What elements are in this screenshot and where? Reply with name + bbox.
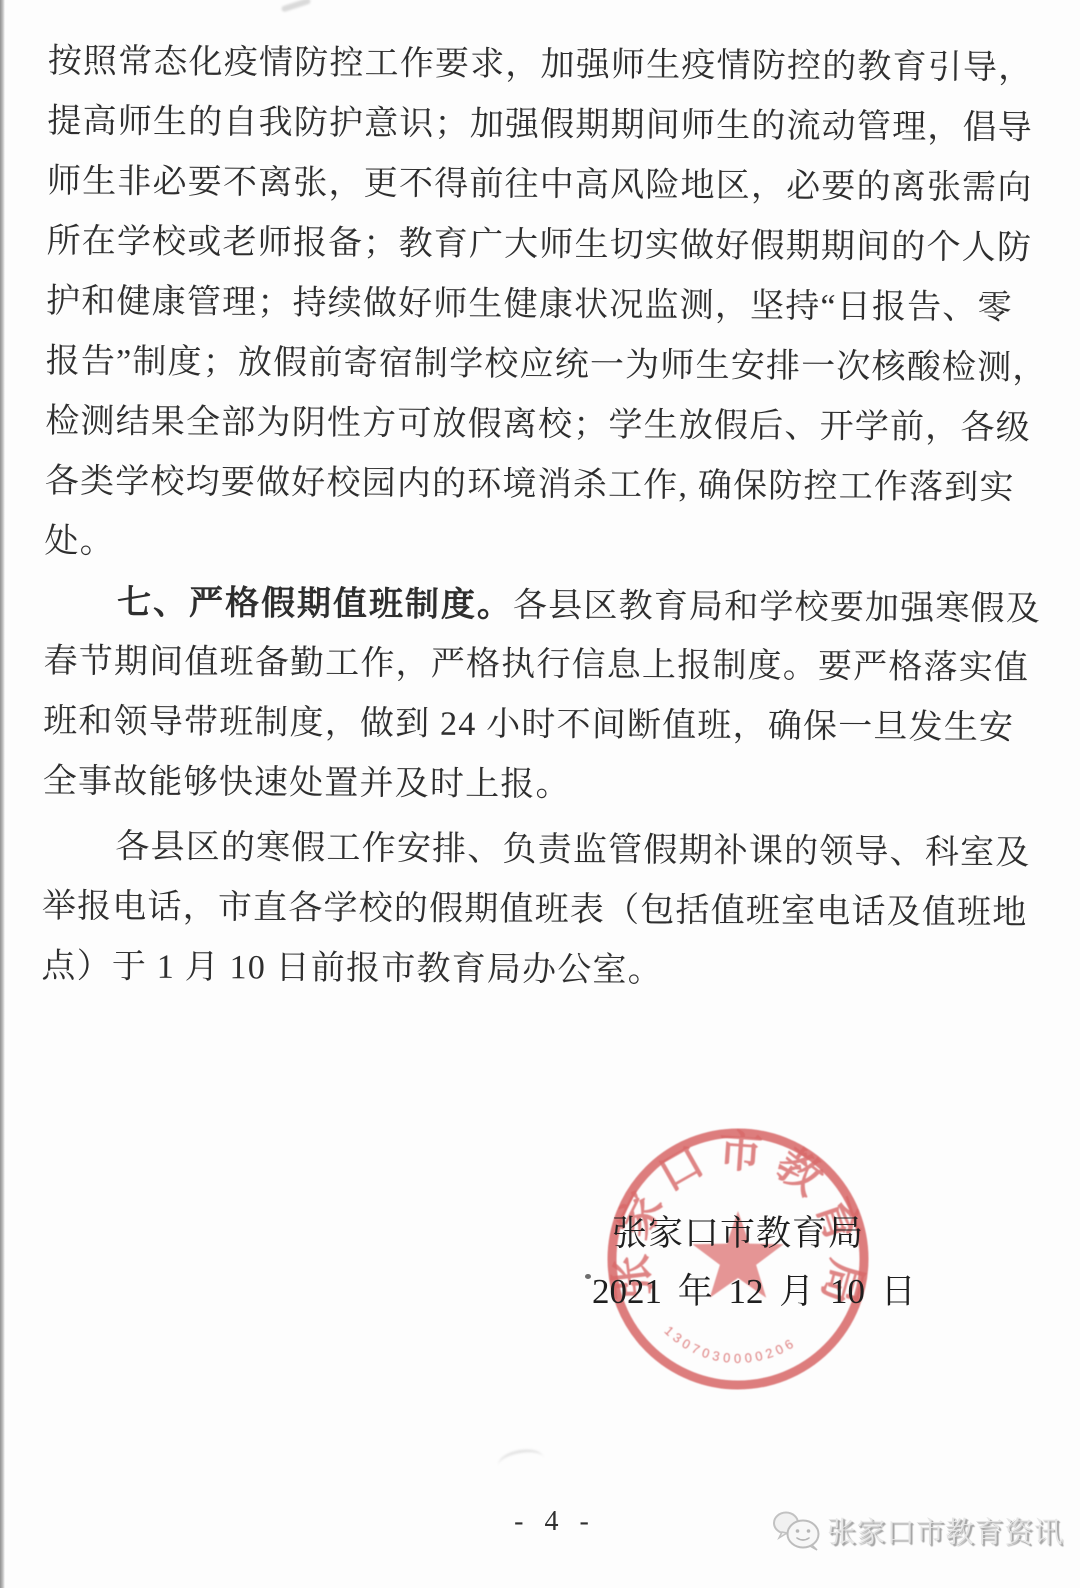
section-heading: 七、严格假期值班制度。 [117,583,513,624]
document-line: 按照常态化疫情防控工作要求，加强师生疫情防控的教育引导， [48,32,1043,99]
scanned-document-page: 按照常态化疫情防控工作要求，加强师生疫情防控的教育引导， 提高师生的自我防护意识… [0,0,1080,1588]
document-line: 提高师生的自我防护意识；加强假期期间师生的流动管理，倡导 [47,92,1042,159]
line-text: 报告”制度；放假前寄宿制学校应统一为师生安排一次核酸检测， [46,343,1048,387]
document-line: 各县区的寒假工作安排、负责监管假期补课的领导、科室及 [42,817,1037,884]
wechat-icon [772,1508,822,1552]
line-text: 提高师生的自我防护意识；加强假期期间师生的流动管理，倡导 [47,103,1033,147]
line-text: 各县区的寒假工作安排、负责监管假期补课的领导、科室及 [115,828,1030,871]
document-body: 按照常态化疫情防控工作要求，加强师生疫情防控的教育引导， 提高师生的自我防护意识… [41,32,1043,1004]
line-text: 护和健康管理；持续做好师生健康状况监测，坚持“日报告、零 [46,283,1013,327]
document-line: 护和健康管理；持续做好师生健康状况监测，坚持“日报告、零 [46,272,1041,339]
document-line: 检测结果全部为阴性方可放假离校；学生放假后、开学前，各级 [45,392,1040,459]
document-line: 全事故能够快速处置并及时上报。 [43,752,1038,819]
line-text: 处。 [44,523,115,560]
official-seal: 张家口市教育局 1307030000206 [598,1127,878,1399]
scan-edge-artifact [0,0,5,1588]
document-line: 各类学校均要做好校园内的环境消杀工作, 确保防控工作落到实 [45,452,1040,519]
line-text: 全事故能够快速处置并及时上报。 [43,763,571,804]
line-text: 点）于 1 月 10 日前报市教育局办公室。 [41,948,663,989]
line-text: 检测结果全部为阴性方可放假离校；学生放假后、开学前，各级 [45,403,1031,447]
document-line: 所在学校或老师报备；教育广大师生切实做好假期期间的个人防 [46,212,1041,279]
line-text: 师生非必要不离张，更不得前往中高风险地区，必要的离张需向 [47,163,1033,207]
line-text: 所在学校或老师报备；教育广大师生切实做好假期期间的个人防 [46,223,1032,267]
document-line: 点）于 1 月 10 日前报市教育局办公室。 [41,937,1036,1004]
page-number: - 4 - [500,1506,610,1538]
document-line: 春节期间值班备勤工作，严格执行信息上报制度。要严格落实值 [43,632,1038,699]
document-line: 七、严格假期值班制度。各县区教育局和学校要加强寒假及 [44,572,1039,639]
line-text: 按照常态化疫情防控工作要求，加强师生疫情防控的教育引导， [48,43,1034,87]
document-line: 师生非必要不离张，更不得前往中高风险地区，必要的离张需向 [47,152,1042,219]
document-line: 处。 [44,512,1039,579]
document-line: 班和领导带班制度，做到 24 小时不间断值班，确保一旦发生安 [43,692,1038,759]
scan-smudge [281,0,311,12]
scan-smudge [496,1446,545,1477]
document-line: 报告”制度；放假前寄宿制学校应统一为师生安排一次核酸检测， [45,332,1040,399]
document-line: 举报电话，市直各学校的假期值班表（包括值班室电话及值班地 [42,877,1037,944]
seal-serial-number: 1307030000206 [662,1323,800,1366]
watermark-label: 张家口市教育资讯 [827,1510,1063,1551]
line-text: 举报电话，市直各学校的假期值班表（包括值班室电话及值班地 [42,888,1028,932]
signature-date: 2021 年 12 月 10 日 [592,1264,916,1314]
watermark: 张家口市教育资讯 [772,1508,1063,1552]
line-text: 班和领导带班制度，做到 24 小时不间断值班，确保一旦发生安 [43,703,1014,747]
signature-agency: 张家口市教育局 [612,1206,864,1256]
line-text: 各县区教育局和学校要加强寒假及 [513,587,1041,628]
ink-dot-artifact [585,1274,591,1279]
line-text: 各类学校均要做好校园内的环境消杀工作, 确保防控工作落到实 [45,463,1015,507]
line-text: 春节期间值班备勤工作，严格执行信息上报制度。要严格落实值 [43,643,1029,687]
